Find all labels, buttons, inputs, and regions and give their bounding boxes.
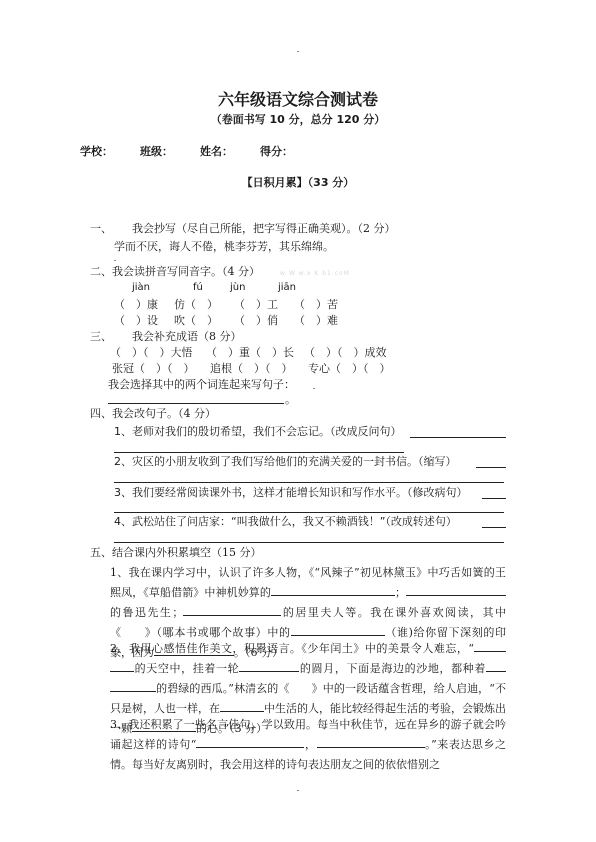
q5-2-text-2: 的天空中，挂着一轮 xyxy=(134,662,239,675)
q2-r2-c3[interactable]: （ ）俏 xyxy=(234,314,278,328)
q5-2-blank-3b[interactable] xyxy=(110,680,156,692)
q4-item4-answer-inline[interactable] xyxy=(482,527,506,528)
q5-1-text-2: ； xyxy=(395,586,406,599)
q4-item4-answer-line[interactable] xyxy=(114,542,504,543)
q3-answer-line[interactable] xyxy=(108,403,284,404)
q5-1-text-3: 的鲁迅先生； xyxy=(110,606,183,619)
q1-number: 一、 xyxy=(90,222,112,236)
q5-1-blank-2b[interactable] xyxy=(472,584,506,596)
q4-item-4: 4、武松站住了问店家：“叫我做什么，我又不赖酒钱！”（改成转述句） xyxy=(114,515,457,529)
q3-idiom-2[interactable]: （ ）重（ ）长 xyxy=(206,346,294,360)
stray-mark xyxy=(313,388,315,389)
q4-item-2: 2、灾区的小朋友收到了我们写给他们的充满关爱的一封书信。（缩写） xyxy=(114,455,457,469)
q2-r1-c1[interactable]: （ ）康 xyxy=(114,298,158,312)
q5-1-blank-4[interactable] xyxy=(291,624,385,636)
q3-idiom-6[interactable]: 专心（ ）（ ） xyxy=(308,362,391,376)
pinyin-1: jiàn xyxy=(132,282,150,293)
q5-3-blank-2[interactable] xyxy=(317,736,425,748)
q4-item-1: 1、老师对我们的殷切希望，我们不会忘记。（改成反问句） xyxy=(114,425,402,439)
watermark: w W w.x K b1.coM xyxy=(280,270,350,277)
q4-item-3: 3、我们要经常阅读课外书，这样才能增长知识和写作水平。（修改病句） xyxy=(114,486,468,500)
q2-r2-c2[interactable]: 吹（ ） xyxy=(174,314,218,328)
q1-prompt: 我会抄写（尽自己所能，把字写得正确美观）。（2 分） xyxy=(132,222,396,236)
q1-copy-text: 学而不厌，诲人不倦，桃李芬芳，其乐绵绵。 xyxy=(114,240,334,254)
q3-number: 三、 xyxy=(90,330,112,344)
q5-prompt: 五、结合课内外积累填空（15 分） xyxy=(90,546,262,560)
q5-2-blank-3[interactable] xyxy=(486,660,506,672)
q3-instruction: 我会选择其中的两个词连起来写句子： xyxy=(108,378,295,392)
q4-item1-answer-inline[interactable] xyxy=(410,437,506,438)
score-field-label: 得分： xyxy=(260,143,293,159)
q5-3-blank-1[interactable] xyxy=(196,736,304,748)
q2-r1-c2[interactable]: 仿（ ） xyxy=(174,298,218,312)
q5-3-text-2: ， xyxy=(304,738,316,751)
q3-idiom-5[interactable]: 追根（ ）（ ） xyxy=(210,362,293,376)
q5-2-blank-4[interactable] xyxy=(220,700,264,712)
q4-item2-answer-inline[interactable] xyxy=(476,467,506,468)
q5-2-text-3: 的圆月，下面是海边的沙地，都种着 xyxy=(299,662,486,675)
q4-item3-answer-inline[interactable] xyxy=(482,498,506,499)
school-field-label: 学校： xyxy=(80,143,113,159)
class-field-label: 班级： xyxy=(140,143,173,159)
q3-idiom-4[interactable]: 张冠（ ）（ ） xyxy=(112,362,195,376)
q5-2-blank-1b[interactable] xyxy=(110,660,134,672)
q5-1-blank-1[interactable] xyxy=(271,584,395,596)
q2-r1-c4[interactable]: （ ）苦 xyxy=(294,298,338,312)
q3-idiom-1[interactable]: （ ）（ ）大悟 xyxy=(110,346,193,360)
q4-item2-answer-line[interactable] xyxy=(114,482,504,483)
page-subtitle: （卷面书写 10 分，总分 120 分） xyxy=(0,111,596,127)
name-field-label: 姓名： xyxy=(200,143,233,159)
q5-2-blank-2[interactable] xyxy=(239,660,299,672)
q4-prompt: 四、我会改句子。（4 分） xyxy=(90,407,216,421)
q2-r2-c1[interactable]: （ ）设 xyxy=(114,314,158,328)
pinyin-4: jiān xyxy=(278,282,296,293)
page-marker xyxy=(297,51,299,52)
q3-end-mark: 。 xyxy=(285,393,296,407)
q4-item1-answer-line[interactable] xyxy=(114,452,404,453)
q4-item3-answer-line[interactable] xyxy=(114,512,504,513)
pinyin-3: jùn xyxy=(230,282,245,293)
q2-r2-c4[interactable]: （ ）难 xyxy=(294,314,338,328)
q2-r1-c3[interactable]: （ ）工 xyxy=(234,298,278,312)
page-title: 六年级语文综合测试卷 xyxy=(0,87,596,110)
q5-1-blank-2[interactable] xyxy=(406,584,472,596)
q5-2-text-1: 2、我用心感悟佳作美文，积累语言。《少年闰土》中的美景令人难忘，“ xyxy=(110,642,474,655)
pinyin-2: fú xyxy=(193,282,203,293)
q3-idiom-3[interactable]: （ ）（ ）成效 xyxy=(304,346,387,360)
page-footer-marker xyxy=(297,790,299,791)
section-title: 【日积月累】（33 分） xyxy=(0,174,596,190)
q3-prompt: 我会补充成语（8 分） xyxy=(132,330,242,344)
q5-1-blank-3[interactable] xyxy=(183,604,281,616)
q5-item-3: 3、我还积累了一些名言佳句，学以致用。每当中秋佳节，远在异乡的游子就会吟诵起这样… xyxy=(110,715,506,775)
stray-mark xyxy=(114,260,116,261)
q5-2-blank-1[interactable] xyxy=(474,640,506,652)
q2-prompt: 二、我会读拼音写同音字。（4 分） xyxy=(90,265,260,279)
